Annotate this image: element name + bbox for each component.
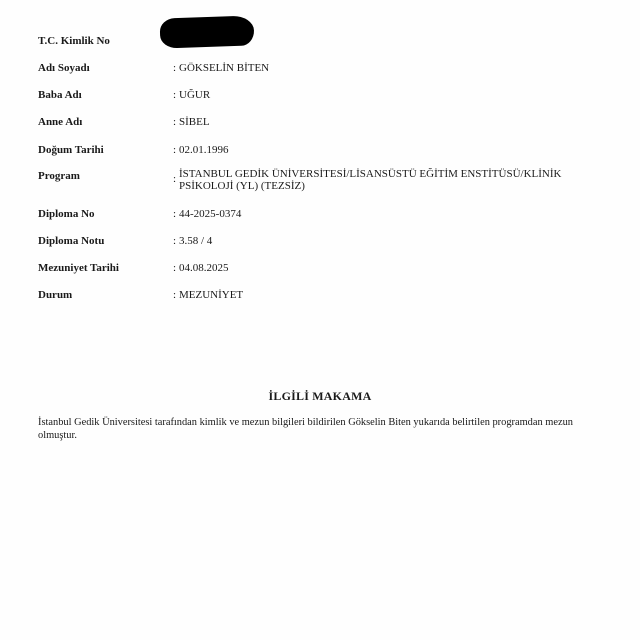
field-value: SİBEL bbox=[179, 116, 599, 128]
field-label: Durum bbox=[38, 289, 72, 302]
field-label: Anne Adı bbox=[38, 116, 82, 129]
field-label: Doğum Tarihi bbox=[38, 144, 104, 157]
field-separator: : bbox=[173, 144, 176, 157]
field-value: 3.58 / 4 bbox=[179, 235, 599, 247]
field-label: T.C. Kimlik No bbox=[38, 35, 110, 48]
redaction-mark bbox=[160, 15, 255, 48]
field-label: Mezuniyet Tarihi bbox=[38, 262, 119, 275]
field-separator: : bbox=[173, 173, 176, 186]
field-label: Baba Adı bbox=[38, 89, 82, 102]
field-separator: : bbox=[173, 235, 176, 248]
field-value: 04.08.2025 bbox=[179, 262, 599, 274]
letter-heading: İLGİLİ MAKAMA bbox=[0, 389, 640, 404]
field-label: Diploma Notu bbox=[38, 235, 104, 248]
field-label: Adı Soyadı bbox=[38, 62, 90, 75]
field-value: 02.01.1996 bbox=[179, 144, 599, 156]
document-page: T.C. Kimlik No Adı Soyadı : GÖKSELİN BİT… bbox=[0, 0, 640, 640]
field-value: MEZUNİYET bbox=[179, 289, 599, 301]
certification-paragraph: İstanbul Gedik Üniversitesi tarafından k… bbox=[38, 416, 613, 442]
field-value: UĞUR bbox=[179, 89, 599, 101]
field-separator: : bbox=[173, 89, 176, 102]
field-label: Program bbox=[38, 170, 80, 183]
field-value: 44-2025-0374 bbox=[179, 208, 599, 220]
field-separator: : bbox=[173, 289, 176, 302]
field-value: İSTANBUL GEDİK ÜNİVERSİTESİ/LİSANSÜSTÜ E… bbox=[179, 168, 609, 192]
field-separator: : bbox=[173, 262, 176, 275]
field-separator: : bbox=[173, 116, 176, 129]
field-separator: : bbox=[173, 208, 176, 221]
field-label: Diploma No bbox=[38, 208, 95, 221]
field-separator: : bbox=[173, 62, 176, 75]
field-value: GÖKSELİN BİTEN bbox=[179, 62, 599, 74]
